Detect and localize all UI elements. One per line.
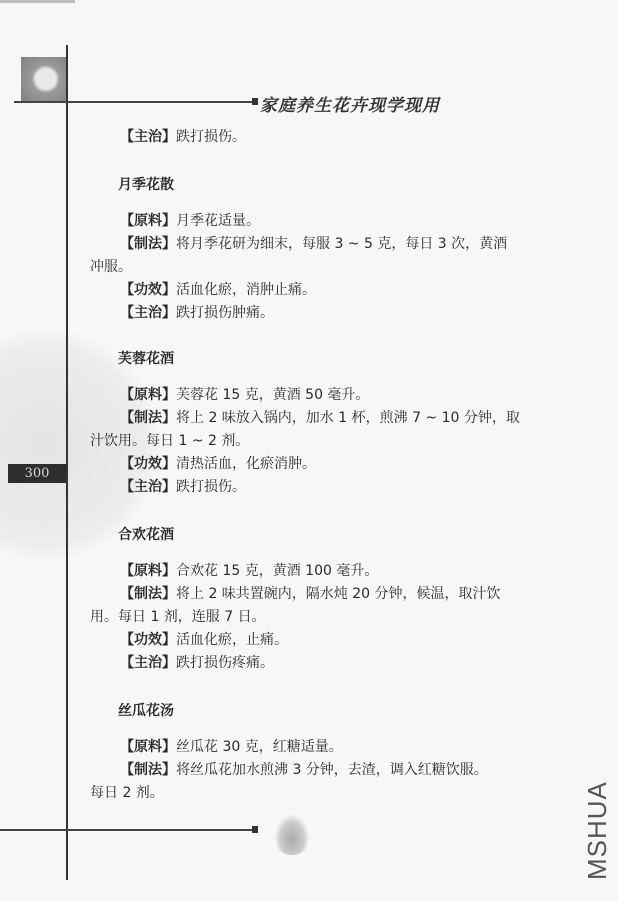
text-line: 【功效】清热活血，化瘀消肿。	[120, 453, 316, 476]
text-line: 【制法】将上 2 味共置碗内，隔水炖 20 分钟，候温，取汁饮	[120, 583, 501, 606]
corner-ornament-icon	[21, 57, 66, 101]
footer-rule-square	[252, 826, 258, 833]
footer-rule	[0, 829, 254, 831]
text-line: 【主治】跌打损伤肿痛。	[120, 302, 274, 325]
text-line: 【制法】将丝瓜花加水煎沸 3 分钟，去渣，调入红糖饮服。	[120, 759, 488, 782]
text-line: 【原料】丝瓜花 30 克，红糖适量。	[120, 736, 343, 759]
text-line: 用。每日 1 剂，连服 7 日。	[90, 606, 266, 629]
recipe-title: 月季花散	[118, 174, 174, 197]
recipe-title: 丝瓜花汤	[118, 700, 174, 723]
text-line: 【主治】跌打损伤。	[120, 476, 246, 499]
text-line: 【功效】活血化瘀，止痛。	[120, 629, 288, 652]
text-line: 【原料】合欢花 15 克，黄酒 100 毫升。	[120, 560, 378, 583]
text-line: 【主治】跌打损伤。	[120, 126, 246, 149]
text-line: 【原料】月季花适量。	[120, 210, 260, 233]
recipe-title: 芙蓉花酒	[118, 348, 174, 371]
text-line: 【功效】活血化瘀，消肿止痛。	[120, 279, 316, 302]
text-line: 每日 2 剂。	[90, 782, 164, 805]
text-line: 【制法】将月季花研为细末，每服 3 ~ 5 克，每日 3 次，黄酒	[120, 233, 507, 256]
page-number: 300	[8, 464, 66, 483]
margin-rule	[66, 45, 68, 880]
watermark: MSHUA	[582, 781, 613, 880]
header-rule-square	[252, 98, 258, 105]
scan-edge	[0, 0, 75, 3]
text-line: 冲服。	[90, 256, 132, 279]
text-line: 汁饮用。每日 1 ~ 2 剂。	[90, 430, 249, 453]
leaf-ornament-icon	[275, 815, 309, 855]
header-rule	[14, 101, 254, 103]
running-title: 家庭养生花卉现学现用	[260, 91, 440, 116]
text-line: 【制法】将上 2 味放入锅内，加水 1 杯，煎沸 7 ~ 10 分钟，取	[120, 407, 520, 430]
text-line: 【原料】芙蓉花 15 克，黄酒 50 毫升。	[120, 384, 369, 407]
text-line: 【主治】跌打损伤疼痛。	[120, 652, 274, 675]
recipe-title: 合欢花酒	[118, 524, 174, 547]
